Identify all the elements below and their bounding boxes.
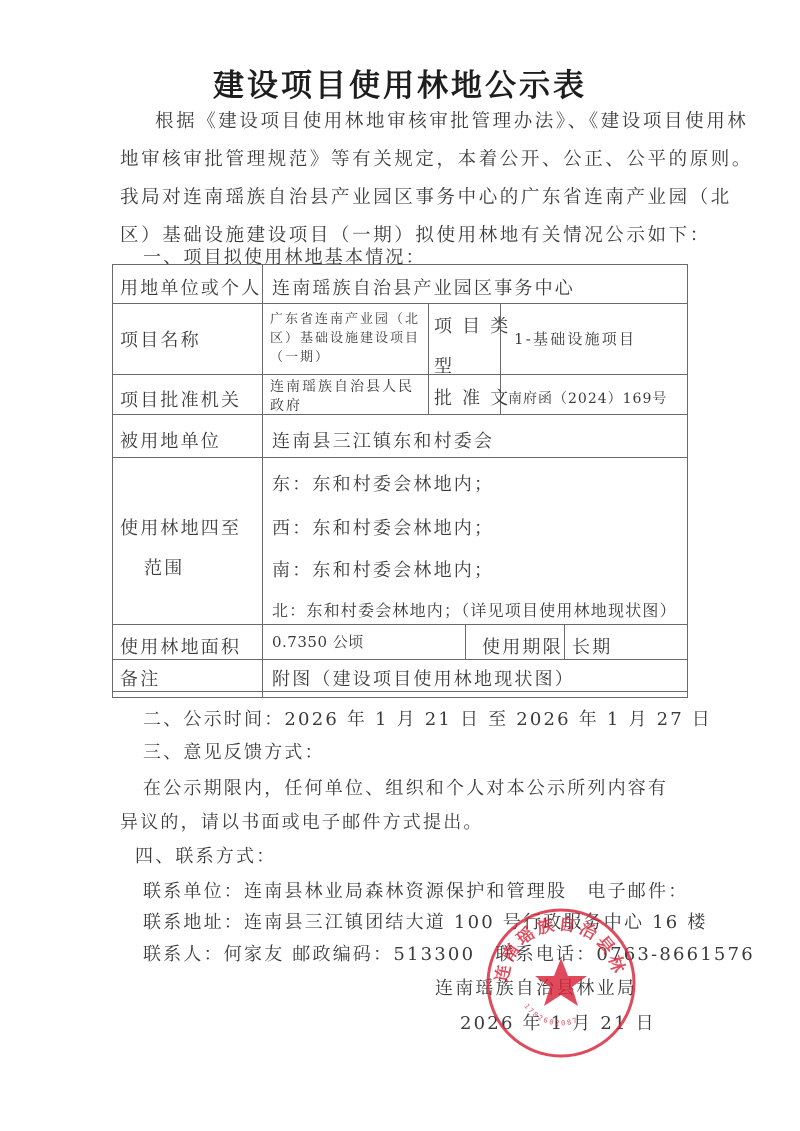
area-label: 使用林地面积: [120, 633, 241, 659]
contact-unit: 联系单位：连南县林业局森林资源保护和管理股 电子邮件：: [143, 877, 688, 903]
publicity-period: 二、公示时间：2026 年 1 月 21 日 至 2026 年 1 月 27 日: [143, 705, 712, 731]
intro-line-2: 地审核审批管理规范》等有关规定，本着公开、公正、公平的原则。: [120, 141, 753, 179]
project-type-label-cont: 型: [434, 352, 454, 378]
remark-label: 备注: [120, 665, 160, 691]
project-type-label: 项 目 类: [434, 312, 510, 338]
section4-heading: 四、联系方式：: [135, 842, 276, 868]
forest-land-info-table: 用地单位或个人 连南瑶族自治县产业园区事务中心 项目名称 广东省连南产业园（北区…: [112, 264, 688, 698]
boundary-south: 南：东和村委会林地内；: [272, 556, 494, 582]
approval-authority-value: 连南瑶族自治县人民政府: [270, 378, 426, 416]
boundary-north: 北：东和村委会林地内；（详见项目使用林地现状图）: [272, 598, 677, 621]
area-value: 0.7350 公顷: [272, 631, 364, 652]
seal-serial: 1782602087: [522, 1002, 580, 1027]
project-type-value: 1-基础设施项目: [514, 328, 636, 349]
term-label: 使用期限: [482, 633, 563, 659]
official-seal-stamp: 连南瑶族自治县林业局 1782602087: [484, 906, 638, 1060]
boundary-west: 西：东和村委会林地内；: [272, 514, 494, 540]
boundary-east: 东：东和村委会林地内；: [272, 470, 494, 496]
feedback-line-2: 异议的，请以书面或电子邮件方式提出。: [120, 808, 484, 834]
contact-person: 联系人：何家友 邮政编码：513300 联系电话：0763-8661576: [143, 940, 755, 966]
boundary-label-cont: 范围: [144, 554, 184, 580]
intro-line-1: 根据《建设项目使用林地审核审批管理办法》、《建设项目使用林: [155, 103, 748, 141]
approval-authority-label: 项目批准机关: [120, 386, 241, 412]
approval-doc-label: 批 准 文: [434, 384, 510, 410]
section3-heading: 三、意见反馈方式：: [143, 738, 325, 764]
land-owner-value: 连南县三江镇东和村委会: [272, 427, 494, 453]
intro-line-3: 我局对连南瑶族自治县产业园区事务中心的广东省连南产业园（北: [120, 179, 732, 217]
remark-value: 附图（建设项目使用林地现状图）: [272, 665, 575, 691]
project-name-label: 项目名称: [120, 326, 201, 352]
page-title: 建设项目使用林地公示表: [0, 60, 800, 105]
boundary-label: 使用林地四至: [120, 514, 241, 540]
approval-doc-value: 南府函（2024）169号: [508, 388, 667, 408]
svg-text:1782602087: 1782602087: [522, 1002, 580, 1027]
applicant-label: 用地单位或个人: [120, 274, 261, 300]
star-icon: [535, 958, 587, 1006]
applicant-value: 连南瑶族自治县产业园区事务中心: [272, 274, 575, 300]
term-value: 长期: [572, 633, 612, 659]
land-owner-label: 被用地单位: [120, 427, 221, 453]
project-name-value: 广东省连南产业园（北区）基础设施建设项目（一期）: [270, 310, 426, 367]
feedback-line-1: 在公示期限内，任何单位、组织和个人对本公示所列内容有: [143, 774, 668, 800]
